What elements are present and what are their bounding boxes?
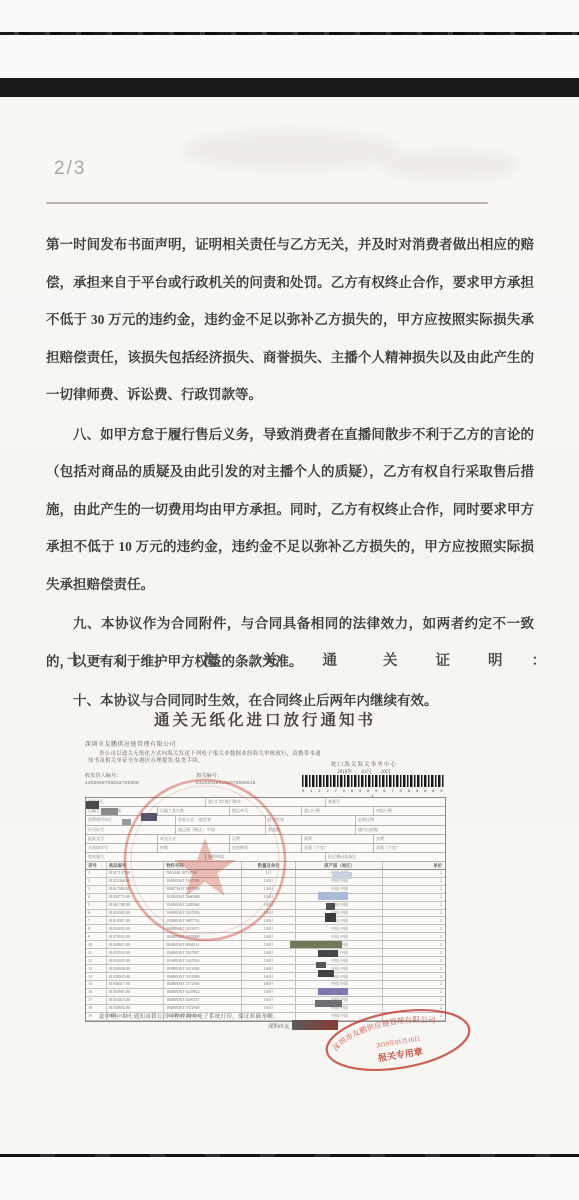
- table-row: 1081039023.0058480936T 8004131130只中国 中国2: [86, 941, 445, 949]
- table-cell: 6: [86, 910, 107, 917]
- table-cell: 81030933.00: [107, 1005, 164, 1012]
- table-cell: 19480936T 5337839: [164, 910, 241, 917]
- table-cell: 15: [86, 981, 107, 988]
- table-row: 1781033023.0018480936T 6206137130只中国 中国2: [86, 997, 445, 1005]
- table-row: 181017137.007891440 197310881只中国 中国2: [86, 870, 445, 878]
- table-cell: 81035035.00: [107, 957, 164, 964]
- table-cell: 19480936T 5347936: [164, 878, 241, 885]
- form-field-row: 消费使用单位贸易方式 一般贸易征免性质征税比例: [86, 816, 445, 825]
- table-cell: 13: [86, 965, 107, 972]
- table-cell: 7891440 19731088: [164, 870, 241, 877]
- table-cell: 58480936T 8004131: [164, 941, 241, 948]
- col-header-item-no: 项号: [86, 862, 107, 869]
- table-cell: 5: [86, 902, 107, 909]
- heading-char: 、: [118, 649, 133, 670]
- table-cell: 17: [86, 997, 107, 1004]
- form-field-row: 收发货人进口口岸 蛇口海关备案号: [86, 798, 445, 807]
- form-field: 备案号: [326, 798, 445, 806]
- table-cell: 19380936T 5012084: [164, 965, 241, 972]
- table-row: 981079033.0018480936T 1903080140只中国 中国2: [86, 933, 445, 941]
- redaction-mark: [141, 813, 157, 821]
- contract-paragraph: 八、如甲方怠于履行售后义务，导致消费者在直播间散步不利于乙方的言论的（包括对商品…: [46, 416, 534, 604]
- table-cell: 130只: [242, 910, 296, 917]
- table-cell: 2: [383, 1013, 445, 1020]
- form-field: 起运国（地区） 中国: [176, 826, 266, 834]
- table-cell: 18: [86, 1005, 107, 1012]
- table-row: 581061708.0019480936T 5288368140只中国 中国2: [86, 902, 445, 910]
- table-cell: 81017137.00: [107, 870, 164, 877]
- table-row: 1681030903.0018480936T 6229822130只中国 中国2: [86, 989, 445, 997]
- table-cell: 11: [86, 949, 107, 956]
- table-cell: 中国 中国: [296, 965, 384, 972]
- table-cell: 2: [383, 933, 445, 940]
- table-row: 1581036317.0018480936T 5172566200只中国 中国2: [86, 981, 445, 989]
- table-cell: 81033933.00: [107, 949, 164, 956]
- table-cell: 81030903.00: [107, 989, 164, 996]
- table-cell: 140只: [242, 933, 296, 940]
- table-cell: 中国 中国: [296, 910, 384, 917]
- signoff-company: 深圳市友: [268, 1022, 290, 1030]
- form-field: 消费使用单位: [86, 816, 176, 824]
- form-field: 提运单号: [230, 807, 302, 815]
- redaction-mark: [315, 1000, 342, 1007]
- table-cell: 2: [383, 870, 445, 877]
- table-cell: 14: [86, 973, 107, 980]
- table-cell: 2: [383, 902, 445, 909]
- heading-char: 通: [323, 649, 338, 670]
- table-cell: 81030938.00: [107, 965, 164, 972]
- form-field: 成交方式: [158, 835, 230, 843]
- redaction-mark: [325, 913, 336, 922]
- table-cell: 140只: [242, 902, 296, 909]
- table-row: 381017908.0058087361T 5817938130只中国 中国2: [86, 886, 445, 894]
- table-cell: 81033035.00: [107, 925, 164, 932]
- table-cell: 81010307.00: [107, 917, 164, 924]
- table-cell: 19180936T 5347934: [164, 957, 241, 964]
- col-header-unit-price: 单价: [383, 862, 445, 869]
- heading-char: 关: [383, 649, 398, 670]
- table-cell: 130只: [242, 997, 296, 1004]
- table-cell: 中国 中国: [296, 973, 384, 980]
- scanned-document-page: 2/3 第一时间发布书面声明，证明相关责任与乙方无关，并及时对消费者做出相应的赔…: [0, 0, 579, 1200]
- table-cell: 140只: [242, 973, 296, 980]
- table-cell: 130只: [242, 957, 296, 964]
- form-field: 毛重（千克）: [302, 844, 374, 852]
- redaction-mark: [318, 970, 334, 977]
- scan-artifact-line-top: [0, 32, 579, 35]
- table-cell: 中国 中国: [296, 917, 384, 924]
- table-cell: 16: [86, 989, 107, 996]
- table-cell: 2: [383, 997, 445, 1004]
- notice-title: 通关无纸化进口放行通知书: [85, 708, 445, 730]
- table-cell: 19480936T 5327887: [164, 949, 241, 956]
- table-cell: 81039035.00: [107, 973, 164, 980]
- table-cell: 7: [86, 917, 107, 924]
- scan-smudge: [180, 130, 400, 170]
- clause-heading: 十 一 、 海 关 通 关 证 明 ：: [67, 640, 545, 678]
- col-header-origin: 原产国（地区）: [296, 862, 384, 869]
- table-cell: 1只: [242, 870, 296, 877]
- form-field: 杂费: [374, 835, 445, 843]
- table-cell: 2: [383, 973, 445, 980]
- table-row: 1281035035.0019180936T 5347934130只中国 中国2: [86, 957, 445, 965]
- form-field: 境内目的地: [356, 826, 445, 834]
- table-cell: 2: [383, 965, 445, 972]
- form-field: 进口日期: [302, 807, 374, 815]
- redaction-mark: [316, 962, 326, 968]
- table-row: 681050305.0019480936T 5337839130只中国 中国2: [86, 910, 445, 918]
- form-field-row: 合同协议号件数包装种类毛重（千克）净重（千克）: [86, 844, 445, 853]
- table-cell: 12: [86, 957, 107, 964]
- table-cell: 1: [86, 870, 107, 877]
- heading-char: 一: [93, 649, 108, 670]
- form-field: 保费: [302, 835, 374, 843]
- col-header-quantity: 数量及单位: [242, 862, 296, 869]
- form-field: 运费: [230, 835, 302, 843]
- form-field: 贸易方式 一般贸易: [176, 816, 266, 824]
- form-field: 集装箱号: [86, 853, 206, 861]
- goods-table-header: 项号 商品编号 物料号码 数量及单位 原产国（地区） 单价: [86, 862, 445, 870]
- redaction-mark: [326, 903, 335, 910]
- table-cell: 130只: [242, 989, 296, 996]
- table-cell: 2: [383, 894, 445, 901]
- form-field-row: 运输方式 江海运输运输工具名称提运单号进口日期申报日期: [86, 807, 445, 816]
- heading-char: 关: [263, 649, 278, 670]
- redaction-mark: [332, 872, 352, 879]
- form-field: 运输工具名称: [158, 807, 230, 815]
- table-cell: 2: [383, 1005, 445, 1012]
- declaration-statement: 兹申明，以上通知由我公司可程控海关电子系统打印，保证准确无误。: [99, 1012, 279, 1020]
- table-cell: 58087361T 5817938: [164, 886, 241, 893]
- customs-office-date: 2019年 01月 10日: [300, 768, 428, 775]
- form-field: 批准文号: [86, 835, 158, 843]
- redaction-mark: [86, 801, 99, 809]
- table-cell: 2: [383, 878, 445, 885]
- redaction-mark: [101, 808, 118, 815]
- form-field: 包装种类: [230, 844, 302, 852]
- table-cell: 19480936T 0233073: [164, 925, 241, 932]
- table-cell: 81025368.00: [107, 878, 164, 885]
- table-row: 481030773.0019180936T 5460988130只中国 中国2: [86, 894, 445, 902]
- table-cell: 2: [383, 989, 445, 996]
- heading-char: 证: [436, 649, 451, 670]
- customs-declaration-form: 收发货人进口口岸 蛇口海关备案号运输方式 江海运输运输工具名称提运单号进口日期申…: [85, 797, 446, 1022]
- form-field: 征免性质: [266, 816, 356, 824]
- form-field: 装货港: [266, 826, 356, 834]
- table-row: 1481039035.0019480936T 5012089140只中国 中国2: [86, 973, 445, 981]
- form-field-row: 集装箱号随附单据标记唛码及备注: [86, 853, 445, 862]
- table-cell: 130只: [242, 925, 296, 932]
- scan-black-bar: [0, 78, 579, 97]
- table-cell: 2: [383, 981, 445, 988]
- form-field: 件数: [158, 844, 230, 852]
- notice-company: 深圳市友鹏供应链管理有限公司: [85, 739, 176, 748]
- table-cell: 81033023.00: [107, 997, 164, 1004]
- table-cell: 140只: [242, 917, 296, 924]
- table-cell: 2: [383, 949, 445, 956]
- table-cell: 19480936T 9807732: [164, 917, 241, 924]
- table-cell: 19480936T 5012089: [164, 973, 241, 980]
- barcode: [302, 775, 445, 787]
- redaction-mark: [122, 819, 131, 825]
- form-field: 收发货人: [86, 798, 206, 806]
- table-cell: 18480936T 1903080: [164, 933, 241, 940]
- table-cell: 81030773.00: [107, 894, 164, 901]
- table-cell: 2: [383, 910, 445, 917]
- table-row: 281025368.0019480936T 5347936130只中国 中国2: [86, 878, 445, 886]
- page-number: 2/3: [54, 158, 86, 180]
- table-cell: 19180936T 5460988: [164, 894, 241, 901]
- form-header-grid: 收发货人进口口岸 蛇口海关备案号运输方式 江海运输运输工具名称提运单号进口日期申…: [86, 798, 445, 862]
- table-cell: 2: [383, 941, 445, 948]
- table-cell: 中国 中国: [296, 925, 384, 932]
- redaction-mark: [318, 892, 348, 900]
- table-cell: 140只: [242, 965, 296, 972]
- form-field: 净重（千克）: [374, 844, 445, 852]
- col-header-part-no: 物料号码: [164, 862, 241, 869]
- col-header-commodity-code: 商品编号: [107, 862, 164, 869]
- scan-artifact-line-bottom: [0, 1154, 579, 1157]
- table-cell: 81039023.00: [107, 941, 164, 948]
- table-cell: 81036317.00: [107, 981, 164, 988]
- table-cell: 2: [383, 886, 445, 893]
- table-cell: 4: [86, 894, 107, 901]
- heading-char: 明: [488, 649, 503, 670]
- heading-char: ：: [532, 649, 547, 670]
- table-cell: 中国 中国: [296, 981, 384, 988]
- table-cell: 2: [383, 957, 445, 964]
- goods-table-body: 181017137.007891440 197310881只中国 中国22810…: [86, 870, 445, 1021]
- table-cell: 2: [86, 878, 107, 885]
- form-field: 进口口岸 蛇口海关: [206, 798, 326, 806]
- consignee-number: 4403960706062700608: [85, 780, 139, 785]
- table-cell: 81017908.00: [107, 886, 164, 893]
- contract-paragraph: 第一时间发布书面声明，证明相关责任与乙方无关，并及时对消费者做出相应的赔偿，承担…: [46, 226, 534, 414]
- consignee-number-label: 收发货人编号：: [85, 772, 121, 779]
- table-cell: 中国 中国: [296, 949, 384, 956]
- form-field: 标记唛码及备注: [326, 853, 445, 861]
- table-cell: 2: [383, 917, 445, 924]
- table-cell: 200只: [242, 981, 296, 988]
- redaction-mark: [290, 941, 342, 948]
- table-cell: 19480936T 5288368: [164, 902, 241, 909]
- redaction-mark: [318, 950, 338, 957]
- form-field: 申报日期: [374, 807, 445, 815]
- customs-office: 蛇口海关海关事务中心: [300, 760, 428, 768]
- table-cell: 130只: [242, 894, 296, 901]
- table-cell: 2: [383, 925, 445, 932]
- table-cell: 3: [86, 886, 107, 893]
- table-cell: 8: [86, 925, 107, 932]
- table-cell: 10: [86, 941, 107, 948]
- table-cell: 140只: [242, 949, 296, 956]
- table-cell: 中国 中国: [296, 933, 384, 940]
- table-cell: 130只: [242, 886, 296, 893]
- table-cell: 81061708.00: [107, 902, 164, 909]
- form-field-row: 许可证号起运国（地区） 中国装货港境内目的地: [86, 826, 445, 835]
- heading-char: 十: [67, 649, 82, 670]
- table-cell: 130只: [242, 1005, 296, 1012]
- table-cell: 130只: [242, 941, 296, 948]
- form-field-row: 批准文号成交方式运费保费杂费: [86, 835, 445, 844]
- table-cell: 18480936T 5172566: [164, 981, 241, 988]
- table-cell: 81050305.00: [107, 910, 164, 917]
- table-cell: 中国 中国: [296, 957, 384, 964]
- heading-char: 海: [204, 649, 219, 670]
- form-field: 许可证号: [86, 826, 176, 834]
- customs-number-label: 海关编号：: [196, 772, 222, 779]
- table-cell: 18480936T 6229822: [164, 989, 241, 996]
- table-cell: 19480936T 5372948: [164, 1005, 241, 1012]
- table-cell: 81079033.00: [107, 933, 164, 940]
- redaction-mark: [318, 988, 348, 995]
- table-row: 781010307.0019480936T 9807732140只中国 中国2: [86, 917, 445, 925]
- table-row: 881033035.0019480936T 0233073130只中国 中国2: [86, 925, 445, 933]
- header-divider: [46, 202, 488, 204]
- table-cell: 中国 中国: [296, 902, 384, 909]
- form-field: 合同协议号: [86, 844, 158, 852]
- table-cell: 9: [86, 933, 107, 940]
- redaction-mark: [292, 1020, 338, 1030]
- form-field: 征税比例: [356, 816, 445, 824]
- table-cell: 18480936T 6206137: [164, 997, 241, 1004]
- table-row: 1181033933.0019480936T 5327887140只中国 中国2: [86, 949, 445, 957]
- scan-smudge: [380, 150, 520, 180]
- form-field: 随附单据: [206, 853, 326, 861]
- customs-number: 531620190196070860618: [196, 780, 256, 785]
- table-cell: 130只: [242, 878, 296, 885]
- table-row: 1381030938.0019380936T 5012084140只中国 中国2: [86, 965, 445, 973]
- table-cell: 中国 中国: [296, 1013, 384, 1020]
